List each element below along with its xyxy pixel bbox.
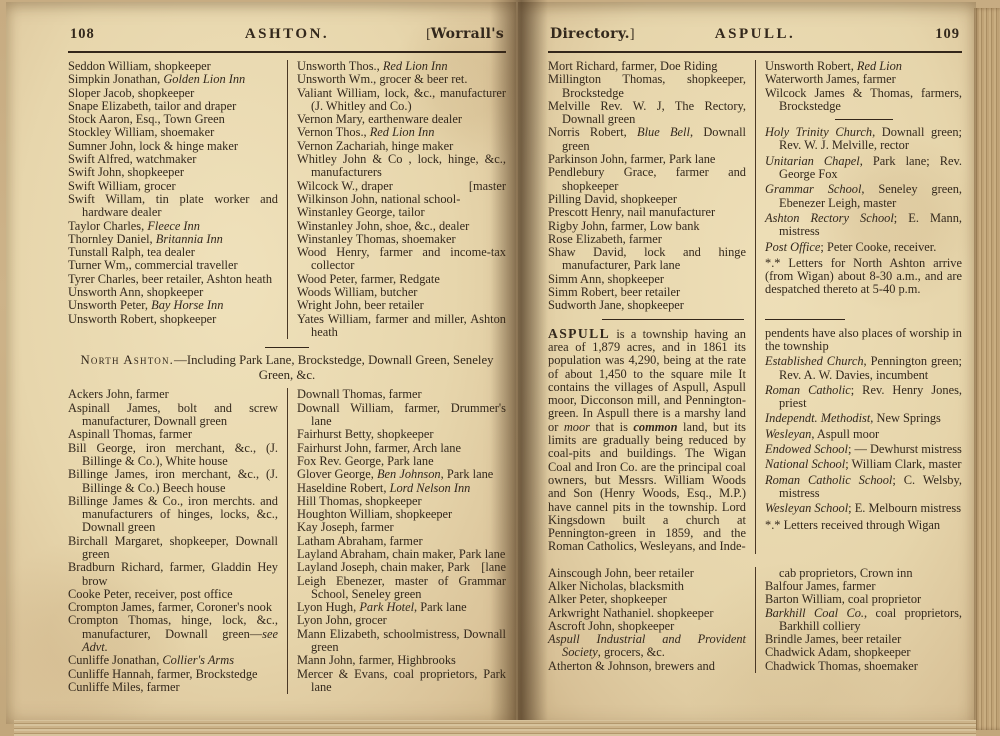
page-edges-right — [974, 8, 1000, 730]
directory-entry: Aspinall Thomas, farmer — [68, 428, 278, 441]
text-segment: Ashton Rectory School — [765, 211, 894, 225]
header-rule — [68, 51, 506, 53]
text-segment: Collier's Arms — [162, 653, 234, 667]
directory-entry: Independt. Methodist, New Springs — [765, 412, 962, 425]
directory-entry: Wilkinson John, national school- — [297, 193, 506, 206]
right-page-header: Directory.] ASPULL. 109 — [548, 26, 962, 47]
aspull-institutions: Established Church, Pennington green; Re… — [765, 355, 962, 515]
directory-entry: Millington Thomas, shopkeeper, Brocksted… — [548, 73, 746, 100]
directory-entry: Simm Robert, beer retailer — [548, 286, 746, 299]
aspull-col2: pendents have also places of worship in … — [755, 313, 962, 554]
text-segment: Grammar School — [765, 182, 861, 196]
directory-entry: Chadwick Thomas, shoemaker — [765, 660, 962, 673]
directory-entry: Ashton Rectory School; E. Mann, mistress — [765, 212, 962, 239]
text-segment: Established Church — [765, 354, 864, 368]
directory-entry: Ascroft John, shopkeeper — [548, 620, 746, 633]
directory-entry: Glover George, Ben Johnson, Park lane — [297, 468, 506, 481]
section-gap — [548, 554, 962, 567]
left-brand: [Worrall's — [426, 26, 504, 43]
text-segment: Post Office — [765, 240, 820, 254]
letters-note-ashton: *.* Letters for North Ashton arrive (fro… — [765, 257, 962, 297]
directory-entry: Balfour James, farmer — [765, 580, 962, 593]
text-segment: Roman Catholic School — [765, 473, 892, 487]
directory-entry: Cunliffe Jonathan, Collier's Arms — [68, 654, 278, 667]
aspull-paragraph: ASPULL is a township having an area of 1… — [548, 327, 746, 554]
directory-entry: Swift William, grocer — [68, 180, 278, 193]
directory-entry: Alker Peter, shopkeeper — [548, 593, 746, 606]
directory-entry: Rose Elizabeth, farmer — [548, 233, 746, 246]
directory-entry: Swift Alfred, watchmaker — [68, 153, 278, 166]
directory-entry: Birchall Margaret, shopkeeper, Downall g… — [68, 535, 278, 562]
directory-entry: Cunliffe Miles, farmer — [68, 681, 278, 694]
directory-entry: Roman Catholic; Rev. Henry Jones, priest — [765, 384, 962, 411]
directory-entry: Ackers John, farmer — [68, 388, 278, 401]
directory-entry: Hill Thomas, shopkeeper — [297, 495, 506, 508]
directory-entry: Billinge James, iron merchant, &c., (J. … — [68, 468, 278, 495]
directory-entry: Lyon Hugh, Park Hotel, Park lane — [297, 601, 506, 614]
directory-entry: Wood Peter, farmer, Redgate — [297, 273, 506, 286]
directory-entry: Holy Trinity Church, Downall green; Rev.… — [765, 126, 962, 153]
text-segment: Endowed School — [765, 442, 848, 456]
directory-entry: Taylor Charles, Fleece Inn — [68, 220, 278, 233]
directory-entry: Chadwick Adam, shopkeeper — [765, 646, 962, 659]
right-top-col2-residents: Unsworth Robert, Red LionWaterworth Jame… — [765, 60, 962, 113]
directory-entry: Unsworth Robert, shopkeeper — [68, 313, 278, 326]
brand-name: Worrall's — [431, 26, 504, 42]
directory-entry: Latham Abraham, farmer — [297, 535, 506, 548]
directory-entry: Pendlebury Grace, farmer and shopkeeper — [548, 166, 746, 193]
left-bottom-col2: Downall Thomas, farmerDownall William, f… — [287, 388, 506, 694]
text-segment: National School — [765, 457, 845, 471]
directory-entry: Mort Richard, farmer, Doe Riding — [548, 60, 746, 73]
right-bottom-columns: Ainscough John, beer retailerAlker Nicho… — [548, 567, 962, 673]
text-segment: North Ashton. — [80, 353, 174, 367]
directory-entry: Wood Henry, farmer and income-tax collec… — [297, 246, 506, 273]
directory-entry: Vernon Mary, earthenware dealer — [297, 113, 506, 126]
directory-entry: Wesleyan School; E. Melbourn mistress — [765, 502, 962, 515]
text-segment: Independt. Methodist — [765, 411, 870, 425]
text-segment: moor — [564, 420, 590, 434]
directory-entry: cab proprietors, Crown inn — [765, 567, 962, 580]
directory-entry: Fox Rev. George, Park lane — [297, 455, 506, 468]
right-top-col2-institutions: Holy Trinity Church, Downall green; Rev.… — [765, 126, 962, 254]
directory-entry: Mann John, farmer, Highbrooks — [297, 654, 506, 667]
directory-entry: Simpkin Jonathan, Golden Lion Inn — [68, 73, 278, 86]
directory-entry: Snape Elizabeth, tailor and draper — [68, 100, 278, 113]
right-top-col1: Mort Richard, farmer, Doe RidingMillingt… — [548, 60, 755, 313]
directory-entry: Unsworth Wm., grocer & beer ret. — [297, 73, 506, 86]
left-top-col2: Unsworth Thos., Red Lion InnUnsworth Wm.… — [287, 60, 506, 339]
text-segment: Wesleyan School — [765, 501, 848, 515]
directory-entry: Rigby John, farmer, Low bank — [548, 220, 746, 233]
directory-entry: Bradburn Richard, farmer, Gladdin Hey br… — [68, 561, 278, 588]
directory-entry: Post Office; Peter Cooke, receiver. — [765, 241, 962, 254]
left-bottom-col1: Ackers John, farmerAspinall James, bolt … — [68, 388, 287, 694]
left-bottom-columns: Ackers John, farmerAspinall James, bolt … — [68, 388, 506, 694]
directory-entry: Cunliffe Hannah, farmer, Brockstedge — [68, 668, 278, 681]
directory-entry: Fairhurst Betty, shopkeeper — [297, 428, 506, 441]
directory-entry: Aspinall James, bolt and screw manufactu… — [68, 402, 278, 429]
directory-entry: Kay Joseph, farmer — [297, 521, 506, 534]
directory-entry: Winstanley John, shoe, &c., dealer — [297, 220, 506, 233]
right-running-title: ASPULL. — [548, 26, 962, 43]
text-segment: Fleece Inn — [147, 219, 200, 233]
directory-entry: Alker Nicholas, blacksmith — [548, 580, 746, 593]
directory-entry: Norris Robert, Blue Bell, Downall green — [548, 126, 746, 153]
text-segment: [master — [483, 180, 506, 193]
directory-entry: Prescott Henry, nail manufacturer — [548, 206, 746, 219]
text-segment: Red Lion Inn — [383, 59, 448, 73]
section-rule — [602, 319, 744, 320]
right-page: Directory.] ASPULL. 109 Mort Richard, fa… — [518, 2, 976, 730]
text-segment: Unitarian Chapel — [765, 154, 860, 168]
left-page-header: 108 ASHTON. [Worrall's — [68, 26, 506, 47]
directory-entry: Wilcock W., draper[master — [297, 180, 506, 193]
right-bottom-col2: cab proprietors, Crown innBalfour James,… — [755, 567, 962, 673]
directory-entry: Tunstall Ralph, tea dealer — [68, 246, 278, 259]
directory-entry: Barton William, coal proprietor — [765, 593, 962, 606]
directory-entry: Turner Wm,, commercial traveller — [68, 259, 278, 272]
directory-entry: Haseldine Robert, Lord Nelson Inn — [297, 482, 506, 495]
directory-entry: Simm Ann, shopkeeper — [548, 273, 746, 286]
directory-entry: Unitarian Chapel, Park lane; Rev. George… — [765, 155, 962, 182]
directory-entry: Leigh Ebenezer, master of Grammar School… — [297, 575, 506, 602]
directory-entry: Billinge James & Co., iron merchts. and … — [68, 495, 278, 535]
directory-entry: Melville Rev. W. J, The Rectory, Downall… — [548, 100, 746, 127]
directory-entry: Lyon John, grocer — [297, 614, 506, 627]
directory-entry: Fairhurst John, farmer, Arch lane — [297, 442, 506, 455]
text-segment: Roman Catholic — [765, 383, 851, 397]
text-segment: Golden Lion Inn — [163, 72, 245, 86]
text-segment: common — [633, 420, 677, 434]
aspull-article-columns: ASPULL is a township having an area of 1… — [548, 313, 962, 554]
directory-entry: Crompton Thomas, hinge, lock, &c., manuf… — [68, 614, 278, 654]
section-rule — [765, 319, 845, 320]
text-segment: Park Hotel — [359, 600, 414, 614]
letters-note-aspull: *.* Letters received through Wigan — [765, 519, 962, 532]
directory-entry: Downall William, farmer, Drummer's lane — [297, 402, 506, 429]
north-ashton-heading: North Ashton.—Including Park Lane, Brock… — [74, 353, 500, 382]
directory-entry: Barkhill Coal Co., coal proprietors, Bar… — [765, 607, 962, 634]
directory-entry: Stockley William, shoemaker — [68, 126, 278, 139]
directory-entry: Roman Catholic School; C. Welsby, mistre… — [765, 474, 962, 501]
aspull-col1: ASPULL is a township having an area of 1… — [548, 313, 755, 554]
text-segment: Britannia Inn — [156, 232, 223, 246]
directory-entry: Atherton & Johnson, brewers and — [548, 660, 746, 673]
text-segment: Red Lion — [857, 59, 902, 73]
directory-entry: Winstanley Thomas, shoemaker — [297, 233, 506, 246]
directory-entry: Whitley John & Co , lock, hinge, &c., ma… — [297, 153, 506, 180]
text-segment: Holy Trinity Church — [765, 125, 872, 139]
header-rule — [548, 51, 962, 53]
directory-entry: Swift John, shopkeeper — [68, 166, 278, 179]
text-segment: Bay Horse Inn — [151, 298, 223, 312]
text-segment: see Advt. — [82, 627, 278, 654]
directory-entry: Waterworth James, farmer — [765, 73, 962, 86]
directory-entry: Established Church, Pennington green; Re… — [765, 355, 962, 382]
page-edges-bottom — [14, 720, 976, 736]
directory-entry: Wilcock James & Thomas, farmers, Brockst… — [765, 87, 962, 114]
left-top-columns: Seddon William, shopkeeperSimpkin Jonath… — [68, 60, 506, 339]
directory-entry: Unsworth Robert, Red Lion — [765, 60, 962, 73]
left-top-col1: Seddon William, shopkeeperSimpkin Jonath… — [68, 60, 287, 339]
directory-entry: Ainscough John, beer retailer — [548, 567, 746, 580]
right-bottom-col1: Ainscough John, beer retailerAlker Nicho… — [548, 567, 755, 673]
directory-entry: Mann Elizabeth, schoolmistress, Downall … — [297, 628, 506, 655]
section-divider — [265, 347, 309, 348]
directory-entry: National School; William Clark, master — [765, 458, 962, 471]
directory-entry: Sloper Jacob, shopkeeper — [68, 87, 278, 100]
directory-entry: Houghton William, shopkeeper — [297, 508, 506, 521]
directory-entry: Bill George, iron merchant, &c., (J. Bil… — [68, 442, 278, 469]
directory-entry: Grammar School, Seneley green, Ebenezer … — [765, 183, 962, 210]
directory-entry: Downall Thomas, farmer — [297, 388, 506, 401]
directory-entry: Shaw David, lock and hinge manufacturer,… — [548, 246, 746, 273]
text-segment: Blue Bell — [637, 125, 690, 139]
directory-entry: Arkwright Nathaniel. shopkeeper — [548, 607, 746, 620]
directory-entry: Unsworth Peter, Bay Horse Inn — [68, 299, 278, 312]
directory-entry: Layland Abraham, chain maker, Park lane[… — [297, 548, 506, 561]
text-segment: Ben Johnson — [377, 467, 441, 481]
directory-entry: Crompton James, farmer, Coroner's nook — [68, 601, 278, 614]
text-segment: ASPULL — [548, 326, 610, 341]
directory-entry: Sudworth Jane, shopkeeper — [548, 299, 746, 312]
directory-entry: Vernon Zachariah, hinge maker — [297, 140, 506, 153]
directory-entry: Layland Joseph, chain maker, Park — [297, 561, 506, 574]
text-segment: Lord Nelson Inn — [390, 481, 471, 495]
directory-entry: Tyrer Charles, beer retailer, Ashton hea… — [68, 273, 278, 286]
aspull-continuation: pendents have also places of worship in … — [765, 327, 962, 354]
directory-entry: Wright John, beer retailer — [297, 299, 506, 312]
directory-entry: Wesleyan, Aspull moor — [765, 428, 962, 441]
text-segment: [lane — [495, 561, 506, 574]
left-page: 108 ASHTON. [Worrall's Seddon William, s… — [6, 2, 516, 724]
directory-entry: Pilling David, shopkeeper — [548, 193, 746, 206]
directory-entry: Yates William, farmer and miller, Ashton… — [297, 313, 506, 340]
directory-entry: Endowed School; — Dewhurst mistress — [765, 443, 962, 456]
directory-entry: Unsworth Ann, shopkeeper — [68, 286, 278, 299]
directory-entry: Seddon William, shopkeeper — [68, 60, 278, 73]
directory-entry: Winstanley George, tailor — [297, 206, 506, 219]
directory-entry: Thornley Daniel, Britannia Inn — [68, 233, 278, 246]
directory-entry: Stock Aaron, Esq., Town Green — [68, 113, 278, 126]
right-top-columns: Mort Richard, farmer, Doe RidingMillingt… — [548, 60, 962, 313]
text-segment: Barkhill Coal Co. — [765, 606, 864, 620]
directory-entry: Vernon Thos., Red Lion Inn — [297, 126, 506, 139]
directory-entry: Sumner John, lock & hinge maker — [68, 140, 278, 153]
directory-entry: Swift Willam, tin plate worker and hardw… — [68, 193, 278, 220]
directory-entry: Mercer & Evans, coal proprietors, Park l… — [297, 668, 506, 695]
directory-entry: Unsworth Thos., Red Lion Inn — [297, 60, 506, 73]
directory-entry: Aspull Industrial and Provident Society,… — [548, 633, 746, 660]
book-scan: 108 ASHTON. [Worrall's Seddon William, s… — [0, 0, 1000, 736]
directory-entry: Valiant William, lock, &c., manufacturer… — [297, 87, 506, 114]
text-segment: Wesleyan — [765, 427, 811, 441]
directory-entry: Brindle James, beer retailer — [765, 633, 962, 646]
right-page-number: 109 — [935, 26, 960, 43]
small-divider — [835, 119, 893, 120]
text-segment: Aspull Industrial and Provident Society — [548, 632, 746, 659]
directory-entry: Cooke Peter, receiver, post office — [68, 588, 278, 601]
right-top-col2: Unsworth Robert, Red LionWaterworth Jame… — [755, 60, 962, 313]
directory-entry: Woods William, butcher — [297, 286, 506, 299]
text-segment: Red Lion Inn — [370, 125, 435, 139]
directory-entry: Parkinson John, farmer, Park lane — [548, 153, 746, 166]
